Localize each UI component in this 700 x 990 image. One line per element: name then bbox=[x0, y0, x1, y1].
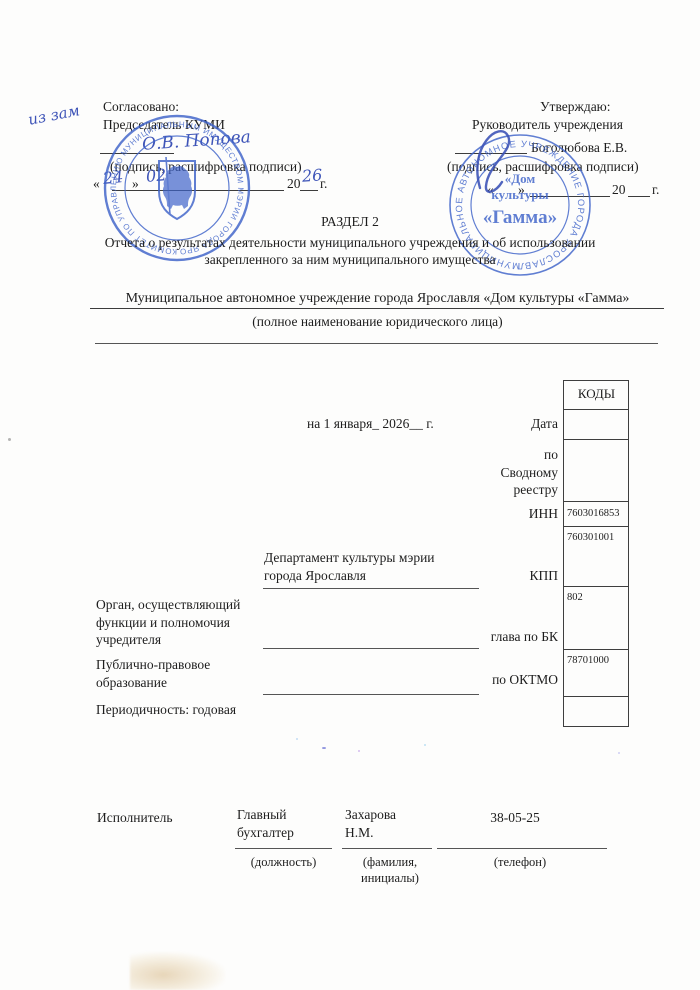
handwritten-signature-right bbox=[458, 116, 548, 201]
ppo-label: Публично-правовое образование bbox=[96, 656, 271, 691]
year-line-left bbox=[300, 190, 318, 191]
codes-header-cell: КОДЫ bbox=[564, 381, 628, 409]
org-name-underline bbox=[90, 308, 664, 309]
scan-speck bbox=[358, 750, 360, 752]
founder-value-underline bbox=[263, 588, 479, 589]
scan-speck bbox=[8, 438, 11, 441]
as-of-date: на 1 января_ 2026__ г. bbox=[307, 415, 434, 433]
codes-cell-kpp: 760301001 bbox=[564, 526, 628, 586]
row-label-inn: ИНН bbox=[529, 505, 558, 523]
scan-speck bbox=[322, 747, 326, 749]
position-underline bbox=[235, 848, 332, 849]
section-title: РАЗДЕЛ 2 bbox=[30, 213, 670, 231]
founder-value: Департамент культуры мэрии города Яросла… bbox=[264, 549, 474, 584]
year-prefix-right: 20 bbox=[612, 181, 626, 199]
codes-cell-oktmo: 78701000 bbox=[564, 649, 628, 696]
scanned-report-page: из зам Согласовано: Председатель КУМИ О.… bbox=[0, 0, 700, 990]
founder-label: Орган, осуществляющий функции и полномоч… bbox=[96, 596, 271, 649]
row-label-kpp: КПП bbox=[529, 567, 558, 585]
codes-cell-svod bbox=[564, 439, 628, 501]
margin-handwriting: из зам bbox=[27, 101, 82, 130]
scan-speck bbox=[296, 738, 298, 740]
section-subtitle-line2: закрепленного за ним муниципального имущ… bbox=[30, 251, 670, 269]
year-suffix-right: г. bbox=[652, 181, 659, 199]
caption-position: (должность) bbox=[230, 854, 337, 870]
codes-cell-inn: 7603016853 bbox=[564, 501, 628, 526]
row-label-glava: глава по БК bbox=[491, 628, 558, 646]
org-second-line bbox=[95, 343, 658, 344]
executor-position: Главный бухгалтер bbox=[237, 806, 322, 841]
approve-title: Утверждаю: bbox=[540, 98, 611, 116]
paper-stain bbox=[130, 952, 225, 990]
codes-cell-date bbox=[564, 409, 628, 439]
name-underline bbox=[342, 848, 432, 849]
org-name-caption: (полное наименование юридического лица) bbox=[90, 313, 665, 331]
year-line-right bbox=[628, 196, 650, 197]
scan-speck bbox=[424, 744, 426, 746]
executor-name: Захарова Н.М. bbox=[345, 806, 425, 841]
periodicity: Периодичность: годовая bbox=[96, 701, 236, 719]
executor-phone: 38-05-25 bbox=[455, 809, 575, 827]
codes-cell-empty bbox=[564, 696, 628, 726]
scan-speck bbox=[618, 752, 620, 754]
founder-blank-underline bbox=[263, 648, 479, 649]
ppo-blank-underline bbox=[263, 694, 479, 695]
codes-table: КОДЫ 7603016853 760301001 802 78701000 bbox=[563, 380, 629, 727]
section-subtitle-line1: Отчета о результатах деятельности муници… bbox=[30, 234, 670, 252]
row-label-oktmo: по ОКТМО bbox=[492, 671, 558, 689]
row-label-date: Дата bbox=[531, 415, 558, 433]
caption-phone: (телефон) bbox=[460, 854, 580, 870]
codes-cell-glava: 802 bbox=[564, 586, 628, 649]
year-suffix-left: г. bbox=[320, 175, 327, 193]
date-quote-open-left: « bbox=[93, 175, 100, 193]
year-prefix-left: 20 bbox=[287, 175, 301, 193]
org-name: Муниципальное автономное учреждение горо… bbox=[90, 290, 665, 308]
caption-name: (фамилия, инициалы) bbox=[350, 854, 430, 887]
executor-label: Исполнитель bbox=[97, 809, 173, 827]
row-label-svod: по Сводному реестру bbox=[486, 446, 558, 499]
phone-underline bbox=[437, 848, 607, 849]
